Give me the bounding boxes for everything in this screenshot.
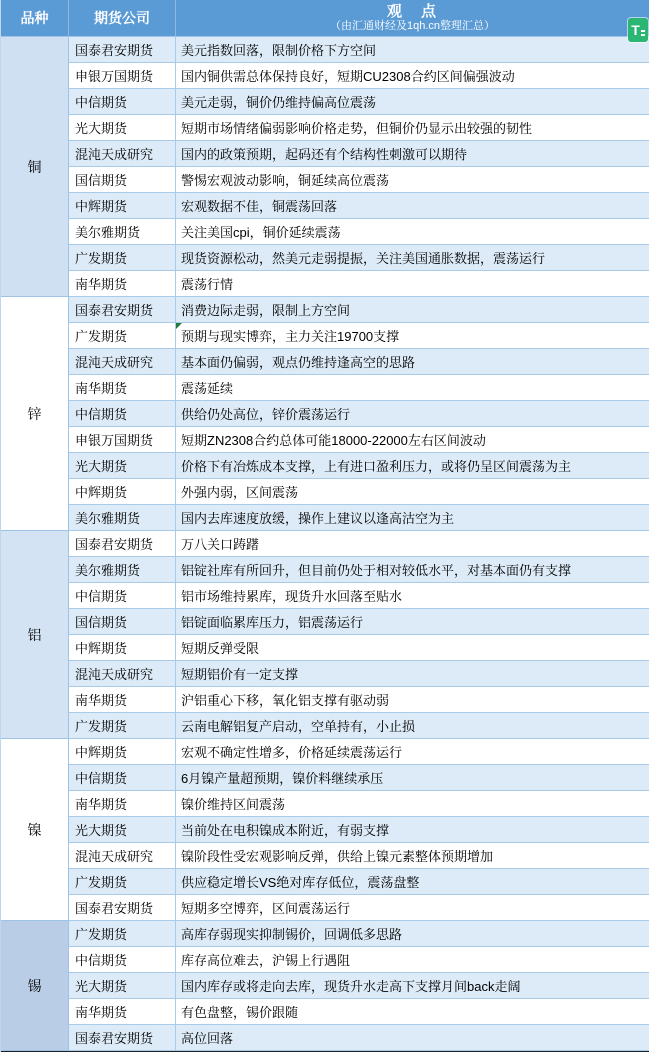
view-column-title: 观 点 xyxy=(387,3,438,20)
table-row: 广发期货供应稳定增长VS绝对库存低位，震荡盘整 xyxy=(69,869,649,895)
company-cell: 混沌天成研究 xyxy=(69,843,176,868)
view-cell: 消费边际走弱，限制上方空间 xyxy=(176,297,649,322)
view-cell: 高库存弱现实抑制锡价，回调低多思路 xyxy=(176,921,649,946)
view-cell: 铝锭社库有所回升，但目前仍处于相对较低水平，对基本面仍有支撑 xyxy=(176,557,649,582)
table-row: 中辉期货短期反弹受限 xyxy=(69,635,649,661)
company-cell: 广发期货 xyxy=(69,921,176,946)
table-row: 南华期货沪铝重心下移，氧化铝支撑有驱动弱 xyxy=(69,687,649,713)
section-铜: 铜国泰君安期货美元指数回落，限制价格下方空间申银万国期货国内铜供需总体保持良好，… xyxy=(1,37,649,297)
view-cell: 镍价维持区间震荡 xyxy=(176,791,649,816)
company-cell: 国信期货 xyxy=(69,609,176,634)
company-cell: 中信期货 xyxy=(69,765,176,790)
view-cell: 铝锭面临累库压力，铝震荡运行 xyxy=(176,609,649,634)
table-row: 混沌天成研究镍阶段性受宏观影响反弹，供给上镍元素整体预期增加 xyxy=(69,843,649,869)
company-cell: 美尔雅期货 xyxy=(69,505,176,530)
variety-cell: 锌 xyxy=(1,297,69,531)
table-body: 铜国泰君安期货美元指数回落，限制价格下方空间申银万国期货国内铜供需总体保持良好，… xyxy=(1,37,649,1052)
table-row: 中信期货美元走弱，铜价仍维持偏高位震荡 xyxy=(69,89,649,115)
view-cell: 镍阶段性受宏观影响反弹，供给上镍元素整体预期增加 xyxy=(176,843,649,868)
view-cell-with-comment-marker: 预期与现实博弈，主力关注19700支撑 xyxy=(176,323,649,348)
table-header: 品种 期货公司 观 点 （由汇通财经及1qh.cn整理汇总） xyxy=(1,0,649,37)
table-row: 中信期货供给仍处高位，锌价震荡运行 xyxy=(69,401,649,427)
company-cell: 国泰君安期货 xyxy=(69,37,176,62)
company-cell: 南华期货 xyxy=(69,375,176,400)
view-cell: 有色盘整，锡价跟随 xyxy=(176,999,649,1024)
section-铝: 铝国泰君安期货万八关口踌躇美尔雅期货铝锭社库有所回升，但目前仍处于相对较低水平，… xyxy=(1,531,649,739)
view-cell: 6月镍产量超预期，镍价料继续承压 xyxy=(176,765,649,790)
section-锌: 锌国泰君安期货消费边际走弱，限制上方空间广发期货预期与现实博弈，主力关注1970… xyxy=(1,297,649,531)
table-row: 申银万国期货国内铜供需总体保持良好，短期CU2308合约区间偏强波动 xyxy=(69,63,649,89)
company-cell: 混沌天成研究 xyxy=(69,349,176,374)
company-cell: 南华期货 xyxy=(69,687,176,712)
table-row: 国信期货铝锭面临累库压力，铝震荡运行 xyxy=(69,609,649,635)
view-cell: 警惕宏观波动影响，铜延续高位震荡 xyxy=(176,167,649,192)
table-row: 美尔雅期货铝锭社库有所回升，但目前仍处于相对较低水平，对基本面仍有支撑 xyxy=(69,557,649,583)
table-row: 中信期货库存高位难去，沪锡上行遇阻 xyxy=(69,947,649,973)
table-row: 混沌天成研究短期铝价有一定支撑 xyxy=(69,661,649,687)
company-cell: 中信期货 xyxy=(69,89,176,114)
table-row: 混沌天成研究国内的政策预期，起码还有个结构性刺激可以期待 xyxy=(69,141,649,167)
variety-cell: 镍 xyxy=(1,739,69,921)
company-cell: 南华期货 xyxy=(69,999,176,1024)
view-cell: 当前处在电积镍成本附近，有弱支撑 xyxy=(176,817,649,842)
table-row: 国信期货警惕宏观波动影响，铜延续高位震荡 xyxy=(69,167,649,193)
table-row: 广发期货云南电解铝复产启动，空单持有，小止损 xyxy=(69,713,649,739)
table-row: 国泰君安期货短期多空博弈，区间震荡运行 xyxy=(69,895,649,921)
table-row: 南华期货有色盘整，锡价跟随 xyxy=(69,999,649,1025)
company-cell: 国泰君安期货 xyxy=(69,1025,176,1050)
company-cell: 美尔雅期货 xyxy=(69,557,176,582)
table-row: 国泰君安期货万八关口踌躇 xyxy=(69,531,649,557)
table-row: 广发期货预期与现实博弈，主力关注19700支撑 xyxy=(69,323,649,349)
company-cell: 申银万国期货 xyxy=(69,427,176,452)
table-row: 南华期货镍价维持区间震荡 xyxy=(69,791,649,817)
view-cell: 基本面仍偏弱，观点仍维持逢高空的思路 xyxy=(176,349,649,374)
view-cell: 短期多空博弈，区间震荡运行 xyxy=(176,895,649,920)
company-cell: 广发期货 xyxy=(69,869,176,894)
company-cell: 中信期货 xyxy=(69,401,176,426)
table-row: 美尔雅期货国内去库速度放缓，操作上建议以逢高沽空为主 xyxy=(69,505,649,531)
variety-cell: 锡 xyxy=(1,921,69,1051)
company-cell: 光大期货 xyxy=(69,115,176,140)
company-cell: 国泰君安期货 xyxy=(69,531,176,556)
company-cell: 国泰君安期货 xyxy=(69,895,176,920)
table-row: 混沌天成研究基本面仍偏弱，观点仍维持逢高空的思路 xyxy=(69,349,649,375)
company-cell: 南华期货 xyxy=(69,791,176,816)
company-cell: 混沌天成研究 xyxy=(69,141,176,166)
table-row: 国泰君安期货美元指数回落，限制价格下方空间 xyxy=(69,37,649,63)
company-cell: 国信期货 xyxy=(69,167,176,192)
company-cell: 申银万国期货 xyxy=(69,63,176,88)
company-cell: 广发期货 xyxy=(69,323,176,348)
view-cell: 现货资源松动，然美元走弱提振，关注美国通胀数据，震荡运行 xyxy=(176,245,649,270)
view-cell: 供应稳定增长VS绝对库存低位，震荡盘整 xyxy=(176,869,649,894)
table-row: 南华期货震荡延续 xyxy=(69,375,649,401)
section-锡: 锡广发期货高库存弱现实抑制锡价，回调低多思路中信期货库存高位难去，沪锡上行遇阻光… xyxy=(1,921,649,1051)
table-row: 国泰君安期货高位回落 xyxy=(69,1025,649,1051)
view-cell: 沪铝重心下移，氧化铝支撑有驱动弱 xyxy=(176,687,649,712)
table-row: 南华期货震荡行情 xyxy=(69,271,649,297)
variety-cell: 铜 xyxy=(1,37,69,297)
table-row: 中信期货6月镍产量超预期，镍价料继续承压 xyxy=(69,765,649,791)
table-row: 广发期货高库存弱现实抑制锡价，回调低多思路 xyxy=(69,921,649,947)
company-cell: 中辉期货 xyxy=(69,739,176,764)
view-cell: 短期反弹受限 xyxy=(176,635,649,660)
view-cell: 震荡行情 xyxy=(176,271,649,296)
table-row: 光大期货当前处在电积镍成本附近，有弱支撑 xyxy=(69,817,649,843)
extension-icon-letter: T xyxy=(631,23,640,37)
company-cell: 中信期货 xyxy=(69,947,176,972)
text-extension-icon[interactable]: T xyxy=(628,18,648,42)
company-cell: 国泰君安期货 xyxy=(69,297,176,322)
col-header-variety: 品种 xyxy=(1,0,69,36)
view-cell: 宏观数据不佳，铜震荡回落 xyxy=(176,193,649,218)
company-cell: 中信期货 xyxy=(69,583,176,608)
view-cell: 美元指数回落，限制价格下方空间 xyxy=(176,37,649,62)
table-row: 中辉期货外强内弱，区间震荡 xyxy=(69,479,649,505)
table-row: 光大期货短期市场情绪偏弱影响价格走势，但铜价仍显示出较强的韧性 xyxy=(69,115,649,141)
view-cell: 价格下有冶炼成本支撑，上有进口盈利压力，或将仍呈区间震荡为主 xyxy=(176,453,649,478)
view-cell: 国内去库速度放缓，操作上建议以逢高沽空为主 xyxy=(176,505,649,530)
view-cell: 库存高位难去，沪锡上行遇阻 xyxy=(176,947,649,972)
company-cell: 广发期货 xyxy=(69,713,176,738)
company-cell: 光大期货 xyxy=(69,453,176,478)
view-cell: 宏观不确定性增多，价格延续震荡运行 xyxy=(176,739,649,764)
col-header-view: 观 点 （由汇通财经及1qh.cn整理汇总） xyxy=(176,0,649,36)
company-cell: 中辉期货 xyxy=(69,479,176,504)
table-row: 光大期货国内库存或将走向去库，现货升水走高下支撑月间back走阔 xyxy=(69,973,649,999)
company-cell: 南华期货 xyxy=(69,271,176,296)
col-header-company: 期货公司 xyxy=(69,0,176,36)
table-row: 中辉期货宏观不确定性增多，价格延续震荡运行 xyxy=(69,739,649,765)
futures-views-table: 品种 期货公司 观 点 （由汇通财经及1qh.cn整理汇总） 铜国泰君安期货美元… xyxy=(0,0,649,1052)
view-column-subtitle: （由汇通财经及1qh.cn整理汇总） xyxy=(330,20,495,33)
table-row: 中辉期货宏观数据不佳，铜震荡回落 xyxy=(69,193,649,219)
view-cell: 国内铜供需总体保持良好，短期CU2308合约区间偏强波动 xyxy=(176,63,649,88)
view-cell: 高位回落 xyxy=(176,1025,649,1050)
view-cell: 供给仍处高位，锌价震荡运行 xyxy=(176,401,649,426)
view-cell: 万八关口踌躇 xyxy=(176,531,649,556)
view-cell: 短期市场情绪偏弱影响价格走势，但铜价仍显示出较强的韧性 xyxy=(176,115,649,140)
company-cell: 广发期货 xyxy=(69,245,176,270)
table-row: 光大期货价格下有冶炼成本支撑，上有进口盈利压力，或将仍呈区间震荡为主 xyxy=(69,453,649,479)
company-cell: 光大期货 xyxy=(69,973,176,998)
view-cell: 国内的政策预期，起码还有个结构性刺激可以期待 xyxy=(176,141,649,166)
table-row: 美尔雅期货关注美国cpi，铜价延续震荡 xyxy=(69,219,649,245)
company-cell: 光大期货 xyxy=(69,817,176,842)
table-row: 国泰君安期货消费边际走弱，限制上方空间 xyxy=(69,297,649,323)
company-cell: 中辉期货 xyxy=(69,635,176,660)
view-cell: 短期铝价有一定支撑 xyxy=(176,661,649,686)
view-cell: 关注美国cpi，铜价延续震荡 xyxy=(176,219,649,244)
table-row: 广发期货现货资源松动，然美元走弱提振，关注美国通胀数据，震荡运行 xyxy=(69,245,649,271)
view-cell: 美元走弱，铜价仍维持偏高位震荡 xyxy=(176,89,649,114)
company-cell: 美尔雅期货 xyxy=(69,219,176,244)
table-row: 中信期货铝市场维持累库，现货升水回落至贴水 xyxy=(69,583,649,609)
company-cell: 混沌天成研究 xyxy=(69,661,176,686)
company-cell: 中辉期货 xyxy=(69,193,176,218)
section-镍: 镍中辉期货宏观不确定性增多，价格延续震荡运行中信期货6月镍产量超预期，镍价料继续… xyxy=(1,739,649,921)
variety-cell: 铝 xyxy=(1,531,69,739)
view-cell: 外强内弱，区间震荡 xyxy=(176,479,649,504)
view-cell: 铝市场维持累库，现货升水回落至贴水 xyxy=(176,583,649,608)
view-cell: 震荡延续 xyxy=(176,375,649,400)
view-cell: 短期ZN2308合约总体可能18000-22000左右区间波动 xyxy=(176,427,649,452)
extension-icon-lines xyxy=(641,30,645,36)
view-cell: 国内库存或将走向去库，现货升水走高下支撑月间back走阔 xyxy=(176,973,649,998)
table-row: 申银万国期货短期ZN2308合约总体可能18000-22000左右区间波动 xyxy=(69,427,649,453)
view-cell: 云南电解铝复产启动，空单持有，小止损 xyxy=(176,713,649,738)
